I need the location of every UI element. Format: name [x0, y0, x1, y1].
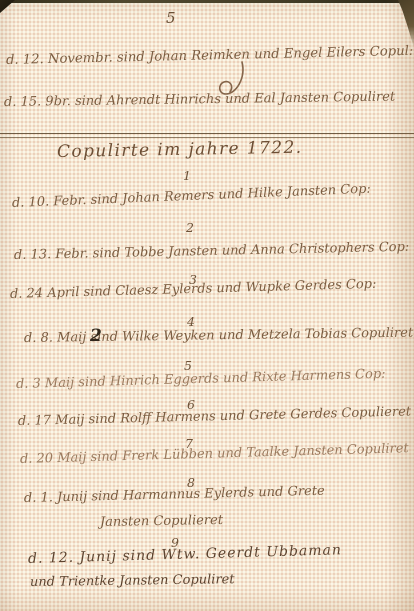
- register-entry-line: d. 10. Febr. sind Johan Remers und Hilke…: [12, 183, 371, 212]
- ink-blot-mark: 2: [90, 326, 102, 346]
- entry-number: 4: [187, 315, 195, 329]
- section-title: Copulirte im jahre 1722.: [57, 139, 303, 163]
- register-entry-line-continued: und Trientke Jansten Copuliret: [30, 573, 235, 591]
- register-entry-line: d. 13. Febr. sind Tobbe Jansten und Anna…: [14, 241, 410, 264]
- corner-shadow-top-left: [0, 0, 15, 13]
- register-entry-line: d. 24 April sind Claesz Eylerds und Wupk…: [10, 278, 377, 303]
- register-entry-line: d. 8. Maij sind Wilke Weyken und Metzela…: [24, 327, 413, 347]
- entry-number: 2: [186, 221, 194, 235]
- entry-number: 1: [183, 169, 191, 183]
- register-entry-line: d. 20 Maij sind Frerk Lübben und Taalke …: [20, 442, 409, 468]
- book-edge-shadow-top-right: [394, 0, 414, 48]
- page-number: 5: [166, 10, 176, 27]
- register-entry-line: d. 3 Maij sind Hinrich Eggerds und Rixte…: [16, 368, 386, 393]
- page-top-edge: [0, 0, 414, 3]
- register-entry-line: d. 15. 9br. sind Ahrendt Hinrichs und Ea…: [4, 91, 395, 111]
- section-divider-rule: [0, 133, 414, 138]
- register-entry-line: d. 12. Junij sind Wtw. Geerdt Ubbaman: [28, 542, 342, 567]
- register-entry-line-continued: Jansten Copulieret: [100, 514, 223, 531]
- scanned-register-page: 5 d. 12. Novembr. sind Johan Reimken und…: [0, 0, 414, 611]
- register-entry-line: d. 17 Maij sind Rolff Harmens und Grete …: [18, 405, 411, 430]
- register-entry-line: d. 12. Novembr. sind Johan Reimken und E…: [6, 44, 414, 68]
- register-entry-line: d. 1. Junij sind Harmannus Eylerds und G…: [24, 485, 325, 507]
